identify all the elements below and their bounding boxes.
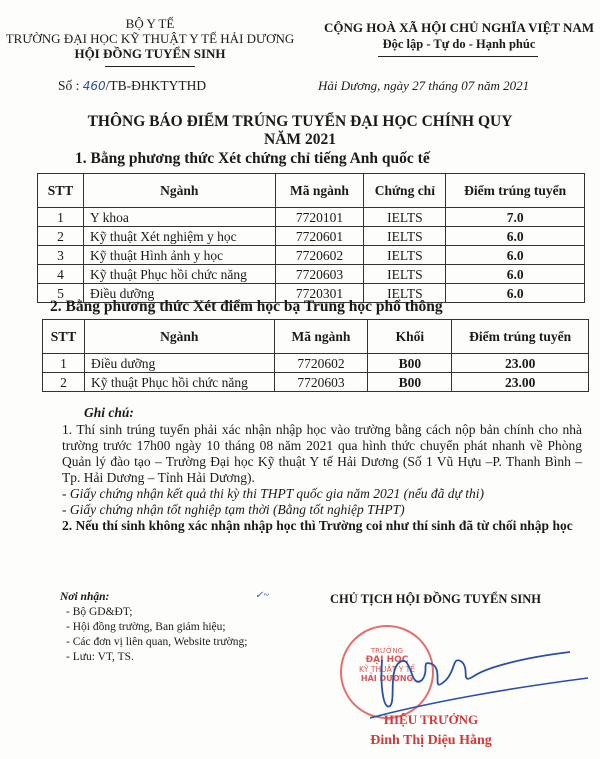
doc-number-handwritten: 460 xyxy=(83,79,106,93)
column-header: Điểm trúng tuyển xyxy=(452,320,589,354)
motto-underline xyxy=(378,56,538,57)
recipients-block: Nơi nhận: - Bộ GD&ĐT; - Hội đồng trường,… xyxy=(60,590,247,665)
table-cell: 6.0 xyxy=(446,284,585,303)
table-cell: 7720602 xyxy=(275,246,364,265)
table-cell: 2 xyxy=(38,227,84,246)
signer-title: CHỦ TỊCH HỘI ĐỒNG TUYỂN SINH xyxy=(330,592,592,607)
table-cell: 2 xyxy=(43,373,85,392)
ielts-score-table: STTNgànhMã ngànhChứng chỉĐiểm trúng tuyể… xyxy=(37,173,585,303)
table-row: 1Điều dưỡng7720602B0023.00 xyxy=(43,354,589,373)
table-cell: 1 xyxy=(43,354,85,373)
table-cell: 7.0 xyxy=(446,208,585,227)
title-line-1: THÔNG BÁO ĐIỂM TRÚNG TUYỂN ĐẠI HỌC CHÍNH… xyxy=(0,113,600,131)
document-title: THÔNG BÁO ĐIỂM TRÚNG TUYỂN ĐẠI HỌC CHÍNH… xyxy=(0,113,600,149)
title-line-2: NĂM 2021 xyxy=(0,131,600,149)
notes-label: Ghi chú: xyxy=(84,405,582,421)
table-cell: 7720603 xyxy=(274,373,368,392)
note-item-2: 2. Nếu thí sinh không xác nhận nhập học … xyxy=(62,518,582,534)
section-2-heading: 2. Bằng phương thức Xét điểm học bạ Trun… xyxy=(50,298,443,316)
table-cell: 23.00 xyxy=(452,373,589,392)
signature-block: CHỦ TỊCH HỘI ĐỒNG TUYỂN SINH xyxy=(330,592,592,607)
table-cell: Kỹ thuật Xét nghiệm y học xyxy=(83,227,275,246)
column-header: Mã ngành xyxy=(274,320,368,354)
place-date: Hải Dương, ngày 27 tháng 07 năm 2021 xyxy=(318,78,529,94)
recipient-item: - Bộ GD&ĐT; xyxy=(60,605,247,620)
column-header: Ngành xyxy=(83,174,275,208)
table-row: 2Kỹ thuật Xét nghiệm y học7720601IELTS6.… xyxy=(38,227,585,246)
national-header: CỘNG HOÀ XÃ HỘI CHỦ NGHĨA VIỆT NAM Độc l… xyxy=(318,20,600,57)
table-row: 4Kỹ thuật Phục hồi chức năng7720603IELTS… xyxy=(38,265,585,284)
column-header: Chứng chỉ xyxy=(364,174,446,208)
signer-name: Đinh Thị Diệu Hằng xyxy=(356,733,506,749)
table-cell: 6.0 xyxy=(446,246,585,265)
column-header: STT xyxy=(38,174,84,208)
table-cell: Điều dưỡng xyxy=(84,354,274,373)
recipients-label: Nơi nhận: xyxy=(60,590,247,605)
table-cell: 4 xyxy=(38,265,84,284)
national-motto: Độc lập - Tự do - Hạnh phúc xyxy=(318,36,600,52)
table-cell: IELTS xyxy=(364,208,446,227)
table-cell: 7720601 xyxy=(275,227,364,246)
initial-mark: ✓~ xyxy=(255,590,269,601)
table-cell: 7720603 xyxy=(275,265,364,284)
table-cell: Kỹ thuật Hình ảnh y học xyxy=(83,246,275,265)
table-cell: 23.00 xyxy=(452,354,589,373)
recipient-item: - Các đơn vị liên quan, Website trường; xyxy=(60,635,247,650)
table-header-row: STTNgànhMã ngànhChứng chỉĐiểm trúng tuyể… xyxy=(38,174,585,208)
table-cell: Kỹ thuật Phục hồi chức năng xyxy=(83,265,275,284)
issuer-header: BỘ Y TẾ TRƯỜNG ĐẠI HỌC KỸ THUẬT Y TẾ HẢI… xyxy=(0,16,300,67)
table-cell: IELTS xyxy=(364,265,446,284)
column-header: Ngành xyxy=(84,320,274,354)
table-row: 1Y khoa7720101IELTS7.0 xyxy=(38,208,585,227)
doc-number-prefix: Số : xyxy=(58,78,79,93)
table-row: 2Kỹ thuật Phục hồi chức năng7720603B0023… xyxy=(43,373,589,392)
table-cell: Y khoa xyxy=(83,208,275,227)
note-sub-1: - Giấy chứng nhận kết quả thi kỳ thi THP… xyxy=(62,486,582,502)
column-header: Mã ngành xyxy=(275,174,364,208)
transcript-score-table: STTNgànhMã ngànhKhốiĐiểm trúng tuyển 1Đi… xyxy=(42,319,589,392)
column-header: Khối xyxy=(368,320,452,354)
table-cell: B00 xyxy=(368,373,452,392)
column-header: Điểm trúng tuyển xyxy=(446,174,585,208)
table-row: 3Kỹ thuật Hình ảnh y học7720602IELTS6.0 xyxy=(38,246,585,265)
document-number: Số : 460/TB-ĐHKTYTHD xyxy=(58,78,206,94)
table-cell: B00 xyxy=(368,354,452,373)
table-header-row: STTNgànhMã ngànhKhốiĐiểm trúng tuyển xyxy=(43,320,589,354)
table-cell: Kỹ thuật Phục hồi chức năng xyxy=(84,373,274,392)
notes-block: Ghi chú: 1. Thí sinh trúng tuyển phải xá… xyxy=(62,405,582,534)
table-cell: 6.0 xyxy=(446,265,585,284)
column-header: STT xyxy=(43,320,85,354)
table-cell: 1 xyxy=(38,208,84,227)
doc-number-suffix: /TB-ĐHKTYTHD xyxy=(106,78,207,93)
recipient-item: - Hội đồng trường, Ban giám hiệu; xyxy=(60,620,247,635)
header-divider xyxy=(105,66,195,67)
handwritten-signature-icon xyxy=(370,640,590,720)
table-cell: 7720101 xyxy=(275,208,364,227)
table-cell: 7720602 xyxy=(274,354,368,373)
table-cell: IELTS xyxy=(364,246,446,265)
recipient-item: - Lưu: VT, TS. xyxy=(60,650,247,665)
nation-name: CỘNG HOÀ XÃ HỘI CHỦ NGHĨA VIỆT NAM xyxy=(318,20,600,36)
table-cell: 6.0 xyxy=(446,227,585,246)
signer-position: HIỆU TRƯỞNG xyxy=(356,712,506,728)
section-1-heading: 1. Bằng phương thức Xét chứng chỉ tiếng … xyxy=(75,150,430,168)
table-cell: 3 xyxy=(38,246,84,265)
ministry-name: BỘ Y TẾ xyxy=(0,16,300,31)
council-name: HỘI ĐỒNG TUYỂN SINH xyxy=(0,46,300,61)
school-name: TRƯỜNG ĐẠI HỌC KỸ THUẬT Y TẾ HẢI DƯƠNG xyxy=(0,31,300,46)
note-sub-2: - Giấy chứng nhận tốt nghiệp tạm thời (B… xyxy=(62,502,582,518)
table-cell: IELTS xyxy=(364,227,446,246)
note-item-1: 1. Thí sinh trúng tuyển phải xác nhận nh… xyxy=(62,422,582,486)
